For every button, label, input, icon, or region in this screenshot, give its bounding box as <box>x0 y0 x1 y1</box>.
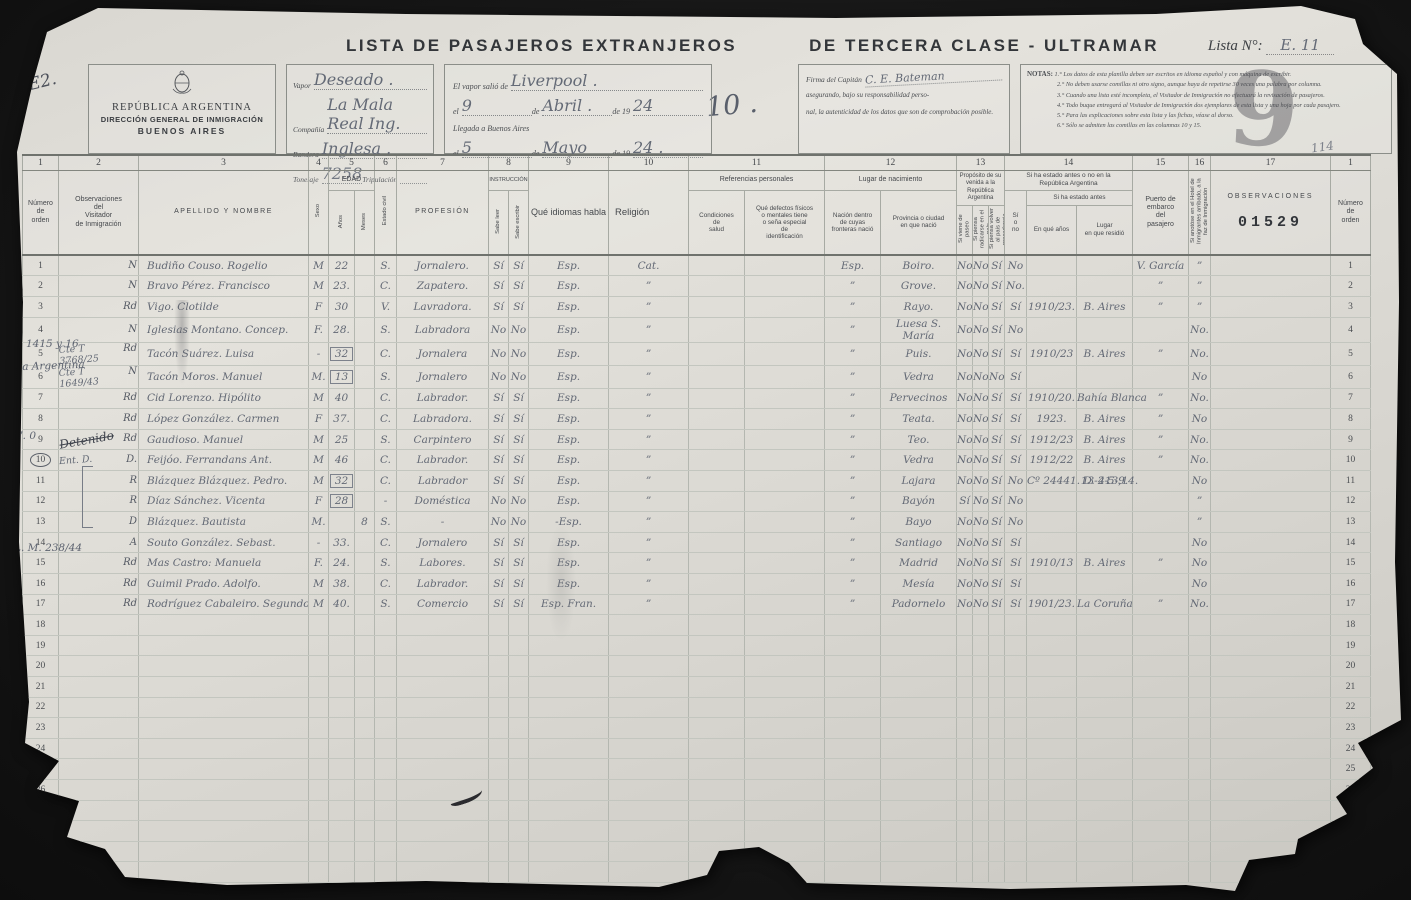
purpose-mark-3 <box>989 821 1005 842</box>
sex: F. <box>309 317 329 342</box>
llegada-label: Llegada a Buenos Aires <box>453 124 529 133</box>
purpose-mark-3 <box>989 615 1005 636</box>
sex: M <box>309 471 329 492</box>
order-number-left: 24 <box>23 738 59 759</box>
years-before <box>1027 779 1077 800</box>
health-condition <box>689 429 745 450</box>
years-before <box>1027 759 1077 780</box>
religion: ” <box>609 409 689 430</box>
observations <box>1211 800 1331 821</box>
been-before-mark: Sí <box>1005 429 1027 450</box>
been-before-mark: Sí <box>1005 594 1027 615</box>
header-age-group: EDAD <box>329 170 375 190</box>
passenger-name <box>139 821 309 842</box>
group-header-row: Número de orden Observaciones del Visita… <box>23 170 1371 190</box>
civil-status <box>375 821 397 842</box>
embark-port <box>1133 615 1189 636</box>
age-years <box>329 738 355 759</box>
purpose-mark-3 <box>989 759 1005 780</box>
passenger-name <box>139 676 309 697</box>
health-condition <box>689 532 745 553</box>
birth-nation: ” <box>825 342 881 365</box>
order-number-right: 23 <box>1331 718 1371 739</box>
order-number-right: 2 <box>1331 276 1371 297</box>
place-resided <box>1077 635 1133 656</box>
observations <box>1211 276 1331 297</box>
age-years: 13 <box>329 365 355 388</box>
age-years: 24. <box>329 553 355 574</box>
purpose-mark-3 <box>989 656 1005 677</box>
header-order-number: Número de orden <box>23 170 59 255</box>
birth-province: Vedra <box>881 450 957 471</box>
header-purpose-3: Si piensa volver al país de procedencia <box>989 205 1005 255</box>
health-condition <box>689 656 745 677</box>
order-number-left: 13 <box>23 512 59 533</box>
civil-status <box>375 676 397 697</box>
health-condition <box>689 388 745 409</box>
health-condition <box>689 512 745 533</box>
place-resided <box>1077 862 1133 883</box>
captain-line2: asegurando, bajo su responsabilidad pers… <box>806 90 1002 101</box>
can-write: No <box>509 512 529 533</box>
civil-status: C. <box>375 450 397 471</box>
age-months <box>355 676 375 697</box>
hotel-mark: No. <box>1189 594 1211 615</box>
can-write: No <box>509 491 529 512</box>
defects <box>745 255 825 276</box>
languages: Esp. <box>529 409 609 430</box>
age-months <box>355 409 375 430</box>
purpose-mark-2 <box>973 718 989 739</box>
age-months <box>355 862 375 883</box>
defects <box>745 429 825 450</box>
passenger-name: Bravo Pérez. Francisco <box>139 276 309 297</box>
col-num: 12 <box>825 155 957 170</box>
header-religion: Religión <box>609 170 689 255</box>
years-before: 1901/23. <box>1027 594 1077 615</box>
birth-province <box>881 779 957 800</box>
civil-status: S. <box>375 594 397 615</box>
order-number-right: 7 <box>1331 388 1371 409</box>
purpose-mark-3 <box>989 635 1005 656</box>
visitor-observation: D <box>59 512 139 533</box>
passenger-name: Feijóo. Ferrandans Ant. <box>139 450 309 471</box>
place-resided <box>1077 738 1133 759</box>
been-before-mark: Sí <box>1005 297 1027 318</box>
visitor-observation: Rd <box>59 409 139 430</box>
languages <box>529 862 609 883</box>
order-number-right: 9 <box>1331 429 1371 450</box>
passenger-name: Budiño Couso. Rogelio <box>139 255 309 276</box>
age-months <box>355 615 375 636</box>
hotel-mark <box>1189 697 1211 718</box>
purpose-mark-2: No <box>973 276 989 297</box>
can-write <box>509 718 529 739</box>
birth-nation <box>825 656 881 677</box>
order-number-left: 18 <box>23 615 59 636</box>
can-read <box>489 759 509 780</box>
profession <box>397 759 489 780</box>
passenger-row: 8RdLópez González. CarmenF37.C.Labradora… <box>23 409 1371 430</box>
hotel-mark: No <box>1189 409 1211 430</box>
purpose-mark-2: No <box>973 317 989 342</box>
age-months <box>355 276 375 297</box>
passenger-row: 3RdVigo. ClotildeF30V.Lavradora.SíSíEsp.… <box>23 297 1371 318</box>
languages: Esp. <box>529 317 609 342</box>
hotel-mark <box>1189 738 1211 759</box>
hotel-mark <box>1189 862 1211 883</box>
order-number-right: 4 <box>1331 317 1371 342</box>
defects <box>745 573 825 594</box>
purpose-mark-2 <box>973 779 989 800</box>
header-defects: Qué defectos físicos o mentales tiene o … <box>745 190 825 255</box>
birth-nation: ” <box>825 553 881 574</box>
civil-status: C. <box>375 342 397 365</box>
hotel-mark: No <box>1189 365 1211 388</box>
passenger-row: 7RdCid Lorenzo. HipólitoM40C.Labrador.Sí… <box>23 388 1371 409</box>
can-write: Sí <box>509 276 529 297</box>
hotel-mark: ” <box>1189 276 1211 297</box>
civil-status: C. <box>375 409 397 430</box>
margin-note: ta Argentina <box>18 359 85 373</box>
header-can-write: Sabe escribir <box>509 190 529 255</box>
birth-nation: ” <box>825 573 881 594</box>
age-years: 33. <box>329 532 355 553</box>
languages <box>529 800 609 821</box>
sex: F <box>309 409 329 430</box>
header-languages: Qué idiomas habla <box>529 170 609 255</box>
age-months <box>355 759 375 780</box>
document-title: LISTA DE PASAJEROS EXTRANJEROS DE TERCER… <box>346 36 1066 56</box>
observations <box>1211 656 1331 677</box>
purpose-mark-2: No <box>973 409 989 430</box>
col-num: 5 <box>329 155 375 170</box>
can-read: No <box>489 365 509 388</box>
order-number-right: 12 <box>1331 491 1371 512</box>
hotel-mark: ” <box>1189 297 1211 318</box>
embark-port: ” <box>1133 450 1189 471</box>
can-write: Sí <box>509 297 529 318</box>
profession: Labradora <box>397 317 489 342</box>
can-read: Sí <box>489 594 509 615</box>
visitor-observation <box>59 676 139 697</box>
can-read <box>489 738 509 759</box>
hotel-mark <box>1189 800 1211 821</box>
profession <box>397 841 489 862</box>
years-before <box>1027 532 1077 553</box>
passenger-name <box>139 718 309 739</box>
civil-status: S. <box>375 317 397 342</box>
embark-port: ” <box>1133 409 1189 430</box>
years-before <box>1027 491 1077 512</box>
paper-sheet: E2. LISTA DE PASAJEROS EXTRANJEROS DE TE… <box>6 2 1404 898</box>
civil-status: S. <box>375 553 397 574</box>
religion <box>609 759 689 780</box>
health-condition <box>689 862 745 883</box>
languages <box>529 841 609 862</box>
been-before-mark: Sí <box>1005 553 1027 574</box>
purpose-mark-1: No <box>957 429 973 450</box>
sex: M <box>309 594 329 615</box>
profession <box>397 615 489 636</box>
birth-nation: ” <box>825 594 881 615</box>
passenger-row: 2121 <box>23 676 1371 697</box>
purpose-mark-3: Sí <box>989 342 1005 365</box>
observations <box>1211 297 1331 318</box>
purpose-mark-2: No <box>973 255 989 276</box>
can-read: Sí <box>489 450 509 471</box>
age-months: 8 <box>355 512 375 533</box>
pencil-bracket <box>82 466 93 528</box>
place-resided <box>1077 317 1133 342</box>
birth-nation <box>825 841 881 862</box>
embark-port: V. García <box>1133 255 1189 276</box>
observations <box>1211 317 1331 342</box>
order-number-left: 11 <box>23 471 59 492</box>
health-condition <box>689 697 745 718</box>
purpose-mark-3: Sí <box>989 429 1005 450</box>
purpose-mark-1: No <box>957 276 973 297</box>
can-read: Sí <box>489 409 509 430</box>
place-resided: B. Aires <box>1077 409 1133 430</box>
purpose-mark-1 <box>957 779 973 800</box>
hotel-mark: ” <box>1189 255 1211 276</box>
can-write: Sí <box>509 388 529 409</box>
hotel-mark <box>1189 779 1211 800</box>
years-before: Cº 24441. D. 413,14. <box>1027 471 1077 492</box>
religion: ” <box>609 450 689 471</box>
can-read <box>489 779 509 800</box>
order-number-right: 21 <box>1331 676 1371 697</box>
scanned-document: E2. LISTA DE PASAJEROS EXTRANJEROS DE TE… <box>6 2 1404 898</box>
health-condition <box>689 317 745 342</box>
defects <box>745 738 825 759</box>
can-write: Sí <box>509 573 529 594</box>
purpose-mark-3 <box>989 779 1005 800</box>
languages <box>529 656 609 677</box>
col-num: 1 <box>1331 155 1371 170</box>
years-before <box>1027 841 1077 862</box>
anio-salida: 24 <box>633 96 703 116</box>
birth-province: Bayón <box>881 491 957 512</box>
civil-status: S. <box>375 429 397 450</box>
order-number-right: 20 <box>1331 656 1371 677</box>
observations <box>1211 512 1331 533</box>
captain-line3: nal, la autenticidad de los datos que so… <box>806 107 1002 118</box>
purpose-mark-1 <box>957 841 973 862</box>
hotel-mark <box>1189 635 1211 656</box>
header-profession: PROFESIÓN <box>397 170 489 255</box>
sex <box>309 615 329 636</box>
years-before <box>1027 635 1077 656</box>
header-purpose-2: Si piensa radicarse en el país <box>973 205 989 255</box>
observations <box>1211 676 1331 697</box>
hotel-mark <box>1189 615 1211 636</box>
profession <box>397 697 489 718</box>
purpose-mark-1: No <box>957 365 973 388</box>
health-condition <box>689 779 745 800</box>
defects <box>745 779 825 800</box>
religion: ” <box>609 342 689 365</box>
been-before-mark <box>1005 862 1027 883</box>
age-months <box>355 779 375 800</box>
civil-status: C. <box>375 573 397 594</box>
place-resided <box>1077 718 1133 739</box>
civil-status <box>375 759 397 780</box>
birth-province: Madrid <box>881 553 957 574</box>
col-num: 7 <box>397 155 489 170</box>
profession <box>397 656 489 677</box>
note-5: 5.° Para las explicaciones sobre esta li… <box>1027 111 1385 121</box>
civil-status: C. <box>375 471 397 492</box>
passenger-name: Tacón Moros. Manuel <box>139 365 309 388</box>
place-resided <box>1077 759 1133 780</box>
passenger-row: 1NBudiño Couso. RogelioM22S.Jornalero.Sí… <box>23 255 1371 276</box>
been-before-mark: Sí <box>1005 409 1027 430</box>
passenger-row: 2020 <box>23 656 1371 677</box>
defects <box>745 759 825 780</box>
years-before <box>1027 676 1077 697</box>
header-civil-status: Estado civil <box>375 170 397 255</box>
purpose-mark-2 <box>973 759 989 780</box>
embark-port <box>1133 821 1189 842</box>
place-resided: B. Aires <box>1077 297 1133 318</box>
visitor-observation: Rd <box>59 573 139 594</box>
header-name: APELLIDO Y NOMBRE <box>139 170 309 255</box>
religion <box>609 635 689 656</box>
purpose-mark-1: No <box>957 342 973 365</box>
passenger-row: 17RdRodríguez Cabaleiro. SegundoM40.S.Co… <box>23 594 1371 615</box>
years-before <box>1027 615 1077 636</box>
observations <box>1211 779 1331 800</box>
passenger-name: Vigo. Clotilde <box>139 297 309 318</box>
health-condition <box>689 471 745 492</box>
passenger-row: 16RdGuimil Prado. Adolfo.M38.C.Labrador.… <box>23 573 1371 594</box>
years-before: 1923. <box>1027 409 1077 430</box>
visitor-observation <box>59 615 139 636</box>
purpose-mark-2: No <box>973 491 989 512</box>
can-write <box>509 800 529 821</box>
order-number-left: 17 <box>23 594 59 615</box>
birth-province <box>881 738 957 759</box>
purpose-mark-3 <box>989 800 1005 821</box>
purpose-mark-3: Sí <box>989 255 1005 276</box>
sex: M <box>309 388 329 409</box>
header-references-group: Referencias personales <box>689 170 825 190</box>
can-read <box>489 615 509 636</box>
can-write: No <box>509 317 529 342</box>
col-num: 3 <box>139 155 309 170</box>
embark-port <box>1133 738 1189 759</box>
hotel-mark <box>1189 821 1211 842</box>
sex: M <box>309 255 329 276</box>
age-years <box>329 615 355 636</box>
smudge-stain <box>174 300 190 386</box>
purpose-mark-3: Sí <box>989 532 1005 553</box>
purpose-mark-2: No <box>973 297 989 318</box>
birth-province: Bayo <box>881 512 957 533</box>
header-place-resided: Lugar en que residió <box>1077 205 1133 255</box>
age-years <box>329 718 355 739</box>
profession <box>397 738 489 759</box>
birth-province: Vedra <box>881 365 957 388</box>
embark-port <box>1133 779 1189 800</box>
passenger-row: 13DBlázquez. BautistaM.8S.-NoNo-Esp.””Ba… <box>23 512 1371 533</box>
note-2: 2.° No deben usarse comillas ni otro sig… <box>1027 80 1385 90</box>
order-number-left: 22 <box>23 697 59 718</box>
salio-label: El vapor salió de <box>453 82 508 91</box>
age-years: 23. <box>329 276 355 297</box>
passenger-row: 1919 <box>23 635 1371 656</box>
col-num: 16 <box>1189 155 1211 170</box>
vapor-label: Vapor <box>293 81 311 90</box>
age-months <box>355 573 375 594</box>
birth-nation: ” <box>825 409 881 430</box>
order-number-left: 16 <box>23 573 59 594</box>
order-number-left: 23 <box>23 718 59 739</box>
hotel-mark: No <box>1189 573 1211 594</box>
been-before-mark: Sí <box>1005 532 1027 553</box>
order-number-right: 24 <box>1331 738 1371 759</box>
defects <box>745 276 825 297</box>
can-write <box>509 862 529 883</box>
el-label: el <box>453 107 459 116</box>
health-condition <box>689 573 745 594</box>
birth-province <box>881 697 957 718</box>
can-write <box>509 821 529 842</box>
passenger-name <box>139 779 309 800</box>
birth-nation <box>825 800 881 821</box>
purpose-mark-1: No <box>957 594 973 615</box>
can-write: Sí <box>509 429 529 450</box>
order-number-right: 22 <box>1331 697 1371 718</box>
religion: ” <box>609 553 689 574</box>
defects <box>745 800 825 821</box>
can-write <box>509 615 529 636</box>
header-been-before-group: Si ha estado antes o no en la República … <box>1005 170 1133 190</box>
religion: Cat. <box>609 255 689 276</box>
profession: Labrador. <box>397 450 489 471</box>
languages: Esp. <box>529 365 609 388</box>
visitor-observation: RdDetenido <box>59 429 139 450</box>
visitor-observation: Rd <box>59 297 139 318</box>
purpose-mark-1: No <box>957 471 973 492</box>
order-number-right: 13 <box>1331 512 1371 533</box>
birth-nation: ” <box>825 491 881 512</box>
profession: Labradora. <box>397 409 489 430</box>
languages: Esp. <box>529 471 609 492</box>
embark-port <box>1133 841 1189 862</box>
been-before-mark <box>1005 615 1027 636</box>
header-has-been-before: Si ha estado antes <box>1027 190 1133 205</box>
can-read: No <box>489 317 509 342</box>
passenger-row: 10D.Ent. D.Feijóo. Ferrandans Ant.M46C.L… <box>23 450 1371 471</box>
purpose-mark-3 <box>989 862 1005 883</box>
birth-province: Mesía <box>881 573 957 594</box>
civil-status: S. <box>375 255 397 276</box>
birth-nation: ” <box>825 450 881 471</box>
order-number-left: 15 <box>23 553 59 574</box>
profession: Labores. <box>397 553 489 574</box>
place-resided <box>1077 532 1133 553</box>
birth-province: Grove. <box>881 276 957 297</box>
health-condition <box>689 821 745 842</box>
observations <box>1211 429 1331 450</box>
defects <box>745 491 825 512</box>
purpose-mark-2 <box>973 635 989 656</box>
civil-status <box>375 862 397 883</box>
order-number-right: 11 <box>1331 471 1371 492</box>
